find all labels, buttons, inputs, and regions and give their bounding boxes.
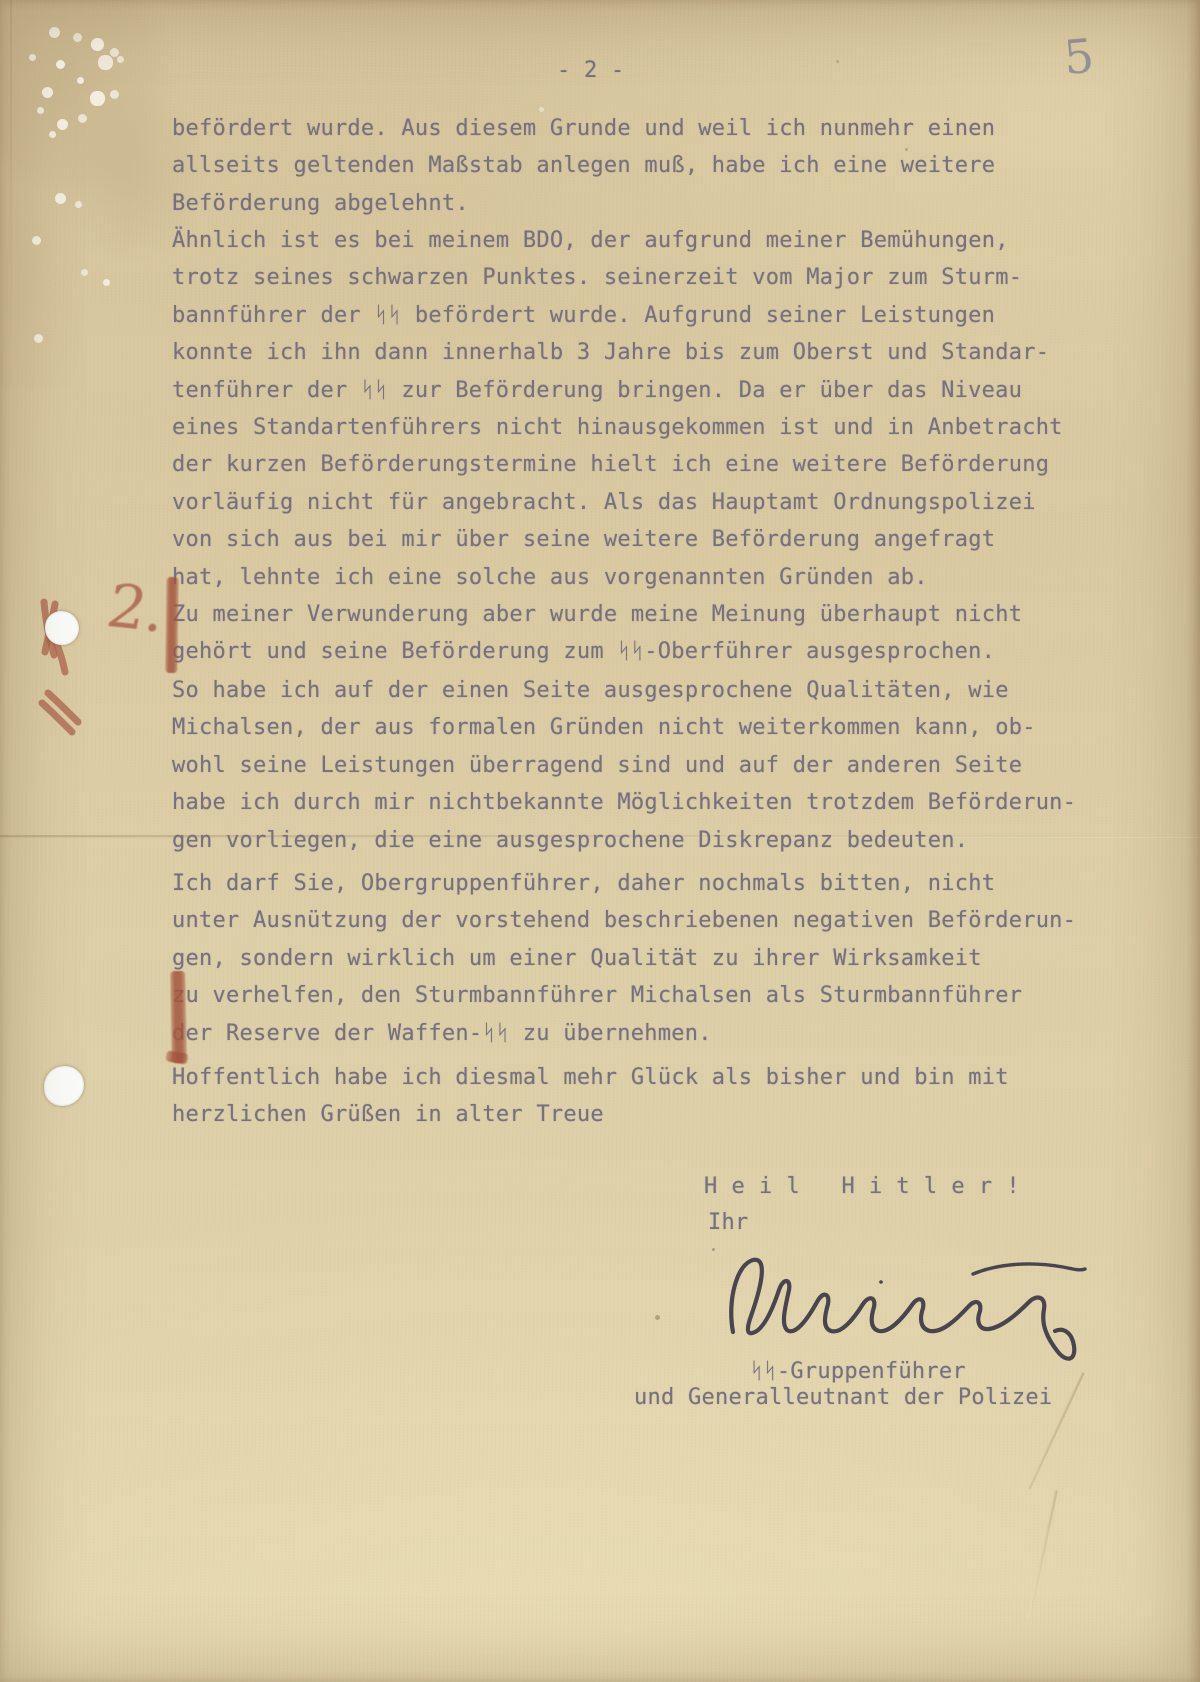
typed-line: zu verhelfen, den Sturmbannführer Michal… <box>172 977 1076 1014</box>
document-page: - 2 - 5 befördert wurde. Aus diesem Grun… <box>0 0 1200 1682</box>
typed-line: vorläufig nicht für angebracht. Als das … <box>172 484 1063 521</box>
typed-line: herzlichen Grüßen in alter Treue <box>172 1096 1009 1133</box>
typed-line: habe ich durch mir nichtbekannte Möglich… <box>172 784 1076 821</box>
typed-line: tenführer der ᛋᛋ zur Beförderung bringen… <box>172 372 1063 409</box>
typed-line: Michalsen, der aus formalen Gründen nich… <box>172 709 1076 746</box>
paper-specks <box>0 0 3 3</box>
paragraph: So habe ich auf der einen Seite ausgespr… <box>172 672 1076 859</box>
pencil-page-number: 5 <box>1062 29 1097 86</box>
crayon-scribble <box>30 580 150 750</box>
typed-line: gen, sondern wirklich um einer Qualität … <box>172 940 1076 977</box>
fold-crease-diagonal-2 <box>1028 1490 1058 1620</box>
typed-line: befördert wurde. Aus diesem Grunde und w… <box>172 110 995 147</box>
typed-line: der Reserve der Waffen-ᛋᛋ zu übernehmen. <box>172 1015 1076 1052</box>
punch-hole-top <box>45 611 79 645</box>
typed-line: wohl seine Leistungen überragend sind un… <box>172 747 1076 784</box>
paragraph: Ähnlich ist es bei meinem BDO, der aufgr… <box>172 222 1063 671</box>
typed-line: gen vorliegen, die eine ausgesprochene D… <box>172 822 1076 859</box>
typed-line: Zu meiner Verwunderung aber wurde meine … <box>172 596 1063 633</box>
typed-line: von sich aus bei mir über seine weitere … <box>172 521 1063 558</box>
page-number: - 2 - <box>557 52 624 89</box>
paragraph: befördert wurde. Aus diesem Grunde und w… <box>172 110 995 222</box>
signature-rank-line-1: ᛋᛋ-Gruppenführer <box>750 1358 966 1386</box>
red-crayon-mark-1 <box>165 577 178 673</box>
closing-salute: H e i l H i t l e r ! <box>704 1168 1020 1205</box>
typed-line: konnte ich ihn dann innerhalb 3 Jahre bi… <box>172 334 1063 371</box>
signature <box>675 1230 1105 1370</box>
punch-hole-bottom <box>44 1066 84 1106</box>
fold-crease-left <box>10 0 12 360</box>
signature-rank-line-2: und Generalleutnant der Polizei <box>634 1384 1052 1412</box>
page-edge-shadow <box>1186 0 1200 1682</box>
typed-line: Ich darf Sie, Obergruppenführer, daher n… <box>172 865 1076 902</box>
typed-line: gehört und seine Beförderung zum ᛋᛋ-Ober… <box>172 633 1063 670</box>
typed-line: Hoffentlich habe ich diesmal mehr Glück … <box>172 1059 1009 1096</box>
paragraph: Hoffentlich habe ich diesmal mehr Glück … <box>172 1059 1009 1134</box>
typed-line: eines Standartenführers nicht hinausgeko… <box>172 409 1063 446</box>
typed-line: unter Ausnützung der vorstehend beschrie… <box>172 902 1076 939</box>
paragraph: Ich darf Sie, Obergruppenführer, daher n… <box>172 865 1076 1052</box>
typed-line: hat, lehnte ich eine solche aus vorgenan… <box>172 559 1063 596</box>
typed-line: Beförderung abgelehnt. <box>172 185 995 222</box>
red-crayon-mark-2 <box>170 971 187 1063</box>
typed-line: Ähnlich ist es bei meinem BDO, der aufgr… <box>172 222 1063 259</box>
typed-line: allseits geltenden Maßstab anlegen muß, … <box>172 147 995 184</box>
typed-line: der kurzen Beförderungstermine hielt ich… <box>172 446 1063 483</box>
typed-line: So habe ich auf der einen Seite ausgespr… <box>172 672 1076 709</box>
typed-line: trotz seines schwarzen Punktes. seinerze… <box>172 259 1063 296</box>
typed-line: bannführer der ᛋᛋ befördert wurde. Aufgr… <box>172 297 1063 334</box>
